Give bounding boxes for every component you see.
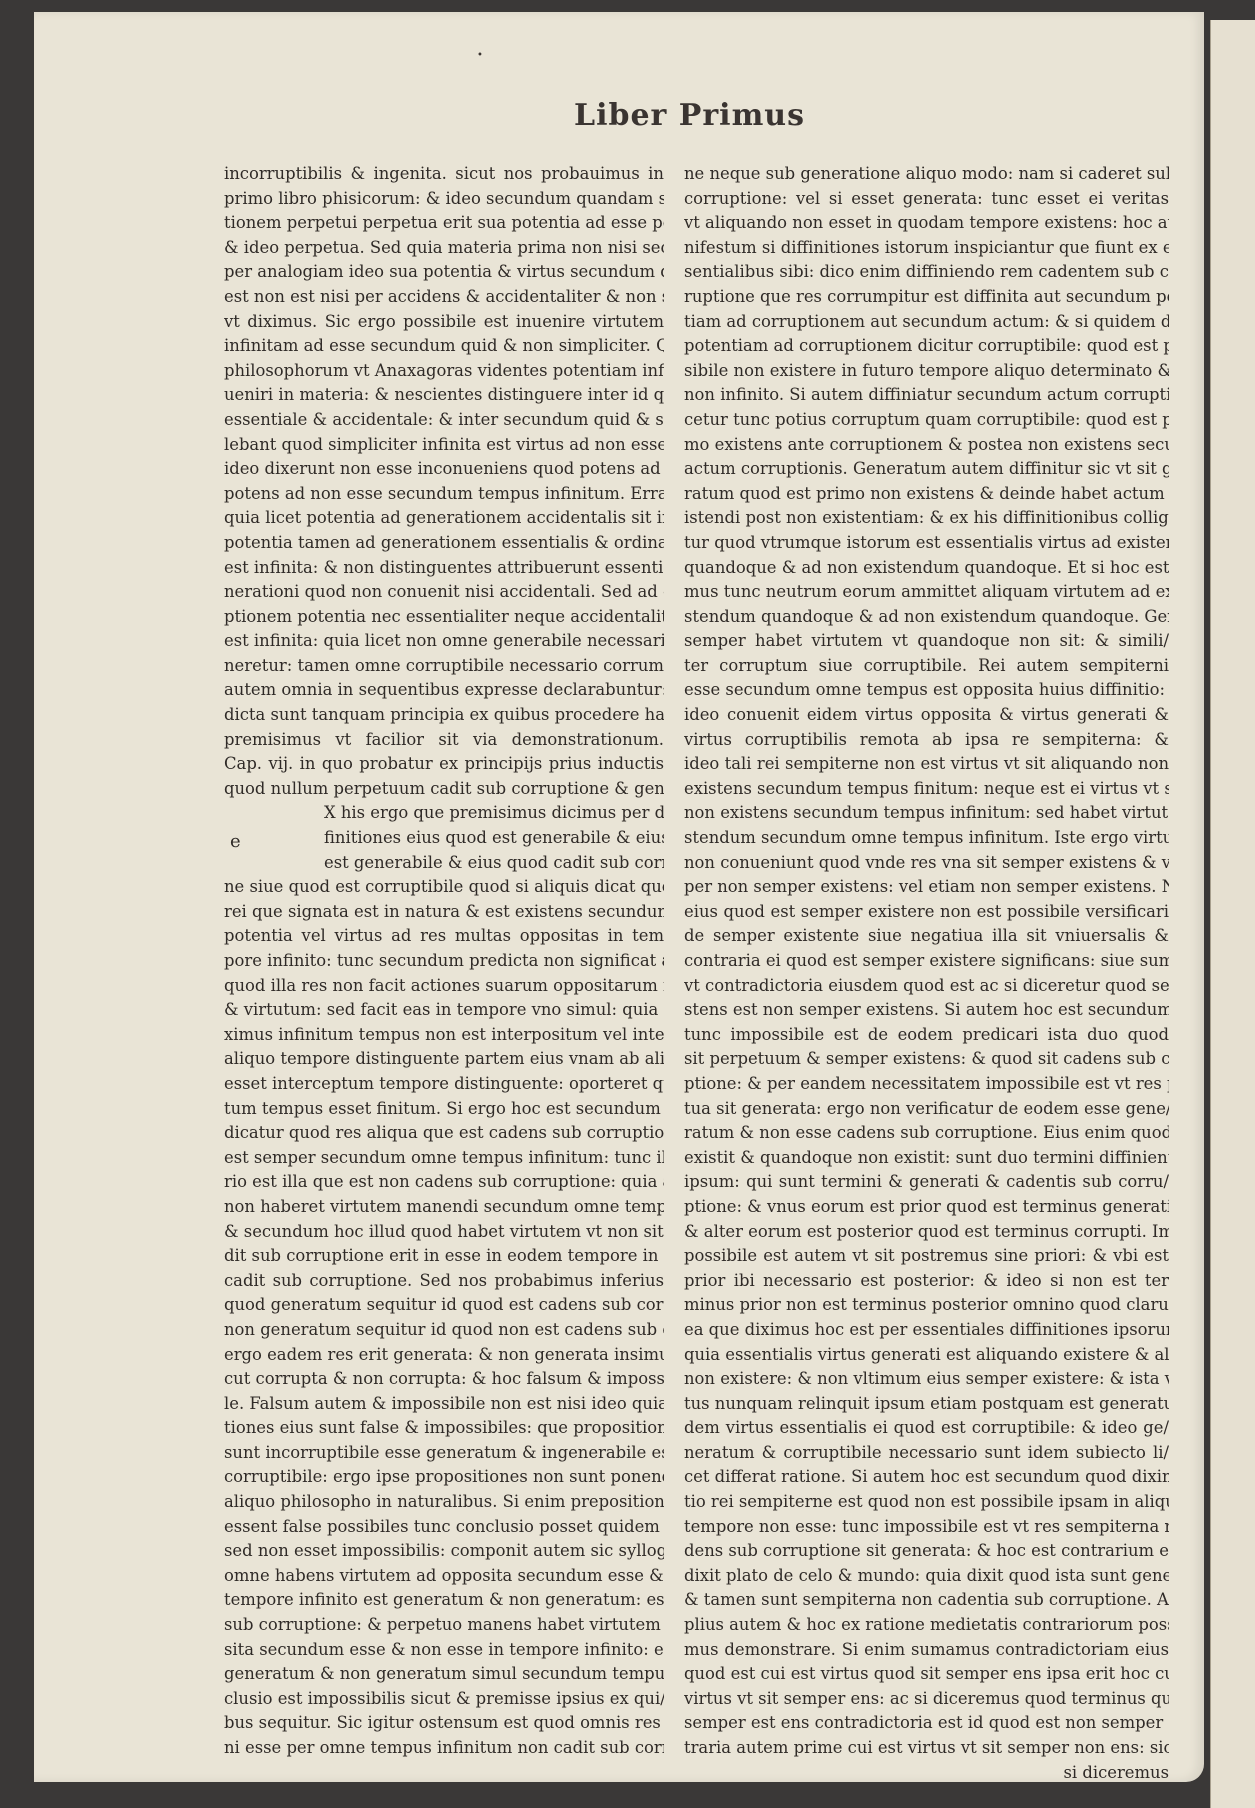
text-line: nifestum si diffinitiones istorum inspic… bbox=[684, 236, 1169, 261]
text-line: est infinita: quia licet non omne genera… bbox=[224, 629, 664, 654]
text-line: contraria ei quod est semper existere si… bbox=[684, 949, 1169, 974]
text-line: corruptione: vel si esset generata: tunc… bbox=[684, 187, 1169, 212]
text-line: mus demonstrare. Si enim sumamus contrad… bbox=[684, 1638, 1169, 1663]
text-line: ne siue quod est corruptibile quod si al… bbox=[224, 875, 664, 900]
text-line: si diceremus bbox=[684, 1761, 1169, 1786]
text-line: tiam ad corruptionem aut secundum actum:… bbox=[684, 310, 1169, 335]
text-line: aliquo philosopho in naturalibus. Si eni… bbox=[224, 1490, 664, 1515]
text-line: tempore non esse: tunc impossibile est v… bbox=[684, 1515, 1169, 1540]
text-line: sed non esset impossibilis: componit aut… bbox=[224, 1539, 664, 1564]
text-line: & ideo perpetua. Sed quia materia prima … bbox=[224, 236, 664, 261]
left-column: incorruptibilis & ingenita. sicut nos pr… bbox=[224, 162, 664, 1761]
text-line: tus nunquam relinquit ipsum etiam postqu… bbox=[684, 1392, 1169, 1417]
text-line: cadit sub corruptione. Sed nos probabimu… bbox=[224, 1269, 664, 1294]
text-line: sub corruptione: & perpetuo manens habet… bbox=[224, 1613, 664, 1638]
text-line: dicta sunt tanquam principia ex quibus p… bbox=[224, 703, 664, 728]
text-line: istendi post non existentiam: & ex his d… bbox=[684, 506, 1169, 531]
text-line: semper habet virtutem vt quandoque non s… bbox=[684, 629, 1169, 654]
text-line: lebant quod simpliciter infinita est vir… bbox=[224, 433, 664, 458]
text-line: cetur tunc potius corruptum quam corrupt… bbox=[684, 408, 1169, 433]
text-line: sita secundum esse & non esse in tempore… bbox=[224, 1638, 664, 1663]
text-line: per non semper existens: vel etiam non s… bbox=[684, 875, 1169, 900]
text-line: quandoque & ad non existendum quandoque.… bbox=[684, 556, 1169, 581]
text-line: est generabile & eius quod cadit sub cor… bbox=[224, 851, 664, 876]
text-line: Cap. vij. in quo probatur ex principijs … bbox=[224, 752, 664, 777]
text-line: tiones eius sunt false & impossibiles: q… bbox=[224, 1416, 664, 1441]
text-line: dem virtus essentialis ei quod est corru… bbox=[684, 1416, 1169, 1441]
text-line: stendum quandoque & ad non existendum qu… bbox=[684, 605, 1169, 630]
text-line: ueniri in materia: & nescientes distingu… bbox=[224, 383, 664, 408]
text-line: dixit plato de celo & mundo: quia dixit … bbox=[684, 1564, 1169, 1589]
text-line: mus tunc neutrum eorum ammittet aliquam … bbox=[684, 580, 1169, 605]
text-line: essentiale & accidentale: & inter secund… bbox=[224, 408, 664, 433]
text-line: cet differat ratione. Si autem hoc est s… bbox=[684, 1465, 1169, 1490]
text-line: le. Falsum autem & impossibile non est n… bbox=[224, 1392, 664, 1417]
text-line: traria autem prime cui est virtus vt sit… bbox=[684, 1736, 1169, 1761]
text-line: omne habens virtutem ad opposita secundu… bbox=[224, 1564, 664, 1589]
text-line: ideo dixerunt non esse inconueniens quod… bbox=[224, 457, 664, 482]
text-line: & alter eorum est posterior quod est ter… bbox=[684, 1220, 1169, 1245]
text-line: potens ad non esse secundum tempus infin… bbox=[224, 482, 664, 507]
text-line: ideo tali rei sempiterne non est virtus … bbox=[684, 752, 1169, 777]
text-line: stens est non semper existens. Si autem … bbox=[684, 998, 1169, 1023]
text-line: quia licet potentia ad generationem acci… bbox=[224, 506, 664, 531]
text-line: essent false possibiles tunc conclusio p… bbox=[224, 1515, 664, 1540]
text-line: dens sub corruptione sit generata: & hoc… bbox=[684, 1539, 1169, 1564]
text-line: premisimus vt facilior sit via demonstra… bbox=[224, 728, 664, 753]
text-line: ipsum: qui sunt termini & generati & cad… bbox=[684, 1170, 1169, 1195]
text-line: & virtutum: sed facit eas in tempore vno… bbox=[224, 998, 664, 1023]
margin-note: e bbox=[230, 831, 241, 852]
running-head: Liber Primus bbox=[574, 98, 805, 133]
book-page: • Liber Primus incorruptibilis & ingenit… bbox=[34, 12, 1204, 1782]
text-line: ratum & non esse cadens sub corruptione.… bbox=[684, 1121, 1169, 1146]
text-line: infinitam ad esse secundum quid & non si… bbox=[224, 334, 664, 359]
text-line: X his ergo que premisimus dicimus per di… bbox=[224, 801, 664, 826]
text-line: autem omnia in sequentibus expresse decl… bbox=[224, 678, 664, 703]
text-line: sunt incorruptibile esse generatum & ing… bbox=[224, 1441, 664, 1466]
text-line: aliquo tempore distinguente partem eius … bbox=[224, 1047, 664, 1072]
text-line: nerationi quod non conuenit nisi acciden… bbox=[224, 580, 664, 605]
text-line: clusio est impossibilis sicut & premisse… bbox=[224, 1687, 664, 1712]
text-line: sibile non existere in futuro tempore al… bbox=[684, 359, 1169, 384]
text-line: semper est ens contradictoria est id quo… bbox=[684, 1711, 1169, 1736]
text-line: ptione: & vnus eorum est prior quod est … bbox=[684, 1195, 1169, 1220]
text-line: tur quod vtrumque istorum est essentiali… bbox=[684, 531, 1169, 556]
text-line: ideo conuenit eidem virtus opposita & vi… bbox=[684, 703, 1169, 728]
text-line: plius autem & hoc ex ratione medietatis … bbox=[684, 1613, 1169, 1638]
text-line: de semper existente siue negatiua illa s… bbox=[684, 924, 1169, 949]
text-line: ximus infinitum tempus non est interposi… bbox=[224, 1023, 664, 1048]
text-line: primo libro phisicorum: & ideo secundum … bbox=[224, 187, 664, 212]
text-line: ergo eadem res erit generata: & non gene… bbox=[224, 1343, 664, 1368]
text-line: ptionem potentia nec essentialiter neque… bbox=[224, 605, 664, 630]
text-line: vt aliquando non esset in quodam tempore… bbox=[684, 211, 1169, 236]
text-line: bus sequitur. Sic igitur ostensum est qu… bbox=[224, 1711, 664, 1736]
text-line: vt contradictoria eiusdem quod est ac si… bbox=[684, 974, 1169, 999]
text-line: non existere: & non vltimum eius semper … bbox=[684, 1367, 1169, 1392]
text-line: ea que diximus hoc est per essentiales d… bbox=[684, 1318, 1169, 1343]
text-line: rio est illa que est non cadens sub corr… bbox=[224, 1170, 664, 1195]
text-line: potentia tamen ad generationem essential… bbox=[224, 531, 664, 556]
text-line: incorruptibilis & ingenita. sicut nos pr… bbox=[224, 162, 664, 187]
text-line: mo existens ante corruptionem & postea n… bbox=[684, 433, 1169, 458]
text-line: eius quod est semper existere non est po… bbox=[684, 900, 1169, 925]
text-line: tua sit generata: ergo non verificatur d… bbox=[684, 1097, 1169, 1122]
text-line: esse secundum omne tempus est opposita h… bbox=[684, 678, 1169, 703]
text-line: ruptione que res corrumpitur est diffini… bbox=[684, 285, 1169, 310]
page-mark: • bbox=[477, 50, 483, 61]
text-line: possibile est autem vt sit postremus sin… bbox=[684, 1244, 1169, 1269]
text-line: non haberet virtutem manendi secundum om… bbox=[224, 1195, 664, 1220]
text-line: quod illa res non facit actiones suarum … bbox=[224, 974, 664, 999]
text-line: quia essentialis virtus generati est ali… bbox=[684, 1343, 1169, 1368]
text-line: pore infinito: tunc secundum predicta no… bbox=[224, 949, 664, 974]
text-line: potentia vel virtus ad res multas opposi… bbox=[224, 924, 664, 949]
text-line: tum tempus esset finitum. Si ergo hoc es… bbox=[224, 1097, 664, 1122]
text-line: tempore infinito est generatum & non gen… bbox=[224, 1588, 664, 1613]
text-line: dicatur quod res aliqua que est cadens s… bbox=[224, 1121, 664, 1146]
text-line: rei que signata est in natura & est exis… bbox=[224, 900, 664, 925]
text-line: ter corruptum siue corruptibile. Rei aut… bbox=[684, 654, 1169, 679]
text-line: cut corrupta & non corrupta: & hoc falsu… bbox=[224, 1367, 664, 1392]
text-line: non conueniunt quod vnde res vna sit sem… bbox=[684, 851, 1169, 876]
text-line: minus prior non est terminus posterior o… bbox=[684, 1293, 1169, 1318]
text-line: stendum secundum omne tempus infinitum. … bbox=[684, 826, 1169, 851]
text-line: ne neque sub generatione aliquo modo: na… bbox=[684, 162, 1169, 187]
text-line: potentiam ad corruptionem dicitur corrup… bbox=[684, 334, 1169, 359]
text-line: sit perpetuum & semper existens: & quod … bbox=[684, 1047, 1169, 1072]
text-line: non infinito. Si autem diffiniatur secun… bbox=[684, 383, 1169, 408]
text-line: est non est nisi per accidens & accident… bbox=[224, 285, 664, 310]
text-line: philosophorum vt Anaxagoras videntes pot… bbox=[224, 359, 664, 384]
text-line: tionem perpetui perpetua erit sua potent… bbox=[224, 211, 664, 236]
text-line: est infinita: & non distinguentes attrib… bbox=[224, 556, 664, 581]
text-line: vt diximus. Sic ergo possibile est inuen… bbox=[224, 310, 664, 335]
text-line: sentialibus sibi: dico enim diffiniendo … bbox=[684, 260, 1169, 285]
text-line: non generatum sequitur id quod non est c… bbox=[224, 1318, 664, 1343]
text-line: non existens secundum tempus infinitum: … bbox=[684, 801, 1169, 826]
next-page-edge bbox=[1210, 20, 1255, 1808]
text-line: quod est cui est virtus quod sit semper … bbox=[684, 1662, 1169, 1687]
text-line: & tamen sunt sempiterna non cadentia sub… bbox=[684, 1588, 1169, 1613]
text-line: tio rei sempiterne est quod non est poss… bbox=[684, 1490, 1169, 1515]
text-line: prior ibi necessario est posterior: & id… bbox=[684, 1269, 1169, 1294]
text-line: ptione: & per eandem necessitatem imposs… bbox=[684, 1072, 1169, 1097]
text-line: tunc impossibile est de eodem predicari … bbox=[684, 1023, 1169, 1048]
text-line: existit & quandoque non existit: sunt du… bbox=[684, 1146, 1169, 1171]
text-line: esset interceptum tempore distinguente: … bbox=[224, 1072, 664, 1097]
text-line: virtus corruptibilis remota ab ipsa re s… bbox=[684, 728, 1169, 753]
text-line: & secundum hoc illud quod habet virtutem… bbox=[224, 1220, 664, 1245]
text-line: neratum & corruptibile necessario sunt i… bbox=[684, 1441, 1169, 1466]
text-line: quod nullum perpetuum cadit sub corrupti… bbox=[224, 777, 664, 802]
text-line: dit sub corruptione erit in esse in eode… bbox=[224, 1244, 664, 1269]
text-line: finitiones eius quod est generabile & ei… bbox=[224, 826, 664, 851]
text-line: est semper secundum omne tempus infinitu… bbox=[224, 1146, 664, 1171]
text-line: existens secundum tempus finitum: neque … bbox=[684, 777, 1169, 802]
text-line: ni esse per omne tempus infinitum non ca… bbox=[224, 1736, 664, 1761]
right-column: ne neque sub generatione aliquo modo: na… bbox=[684, 162, 1169, 1785]
text-line: actum corruptionis. Generatum autem diff… bbox=[684, 457, 1169, 482]
text-line: virtus vt sit semper ens: ac si diceremu… bbox=[684, 1687, 1169, 1712]
text-line: neretur: tamen omne corruptibile necessa… bbox=[224, 654, 664, 679]
text-line: quod generatum sequitur id quod est cade… bbox=[224, 1293, 664, 1318]
text-line: corruptibile: ergo ipse propositiones no… bbox=[224, 1465, 664, 1490]
text-line: generatum & non generatum simul secundum… bbox=[224, 1662, 664, 1687]
text-line: per analogiam ideo sua potentia & virtus… bbox=[224, 260, 664, 285]
text-line: ratum quod est primo non existens & dein… bbox=[684, 482, 1169, 507]
